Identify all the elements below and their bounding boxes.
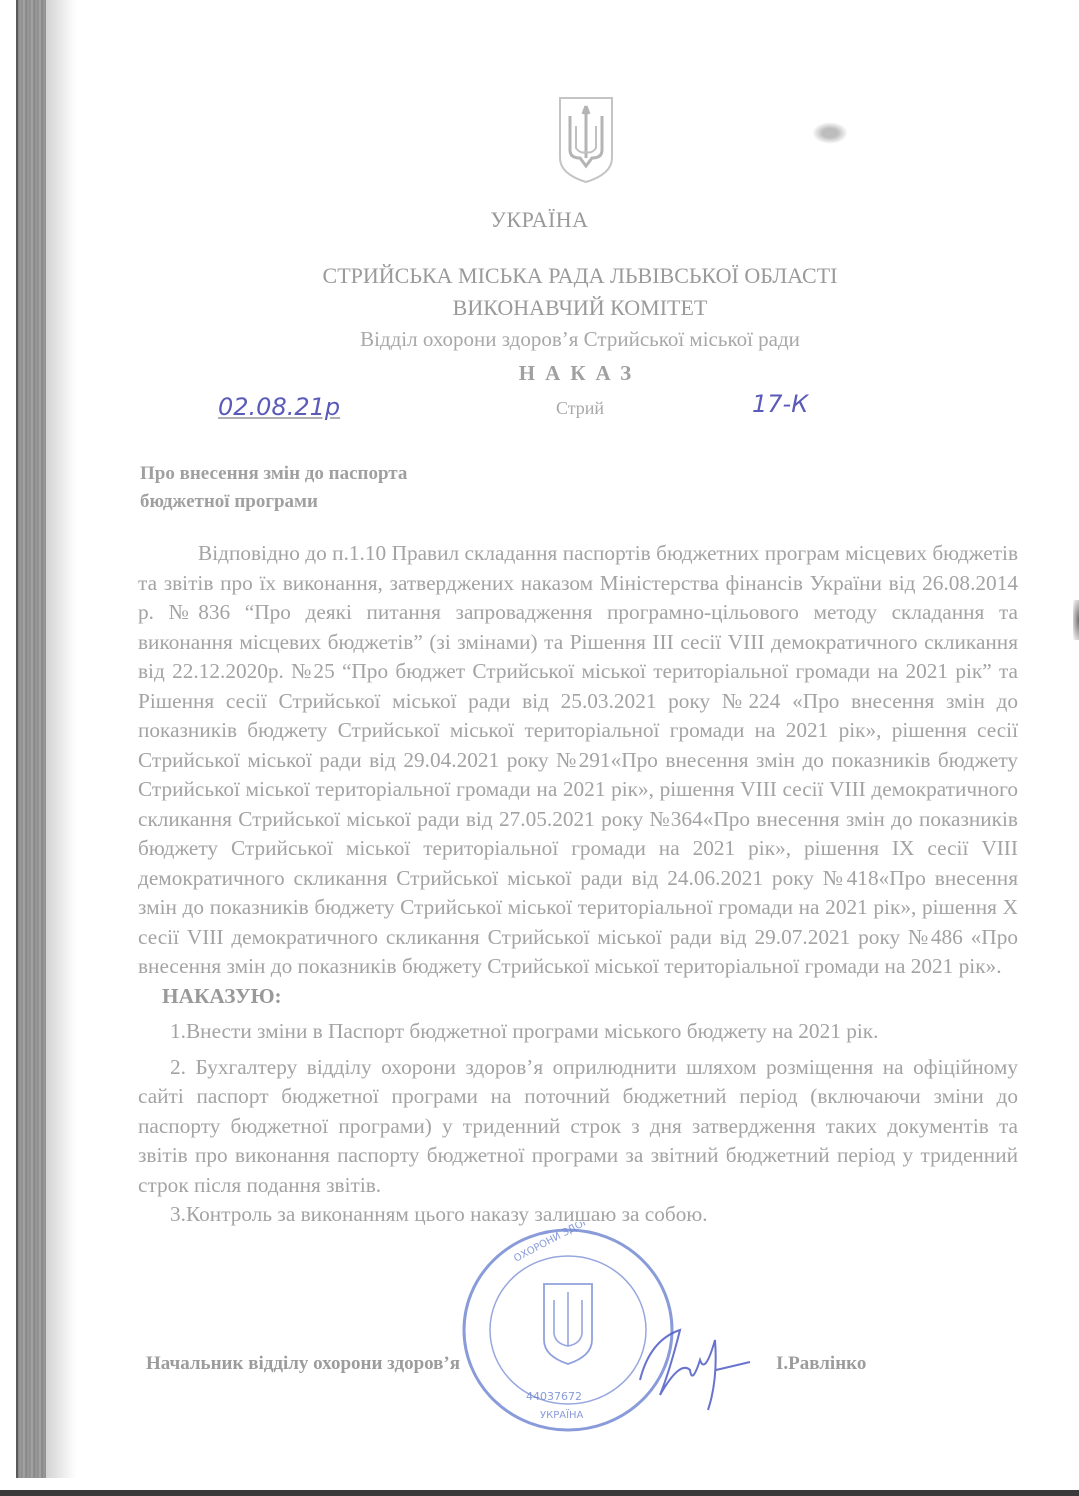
- scan-mark-right-edge: [1073, 600, 1079, 640]
- subject-block: Про внесення змін до паспорта бюджетної …: [140, 460, 407, 516]
- committee-heading: ВИКОНАВЧИЙ КОМІТЕТ: [140, 295, 1020, 321]
- handwritten-date: 02.08.21р: [218, 393, 340, 421]
- handwritten-signature: [630, 1300, 760, 1420]
- scan-smudge: [812, 122, 848, 144]
- subject-line: бюджетної програми: [140, 488, 407, 516]
- document-body: Відповідно до п.1.10 Правил складання па…: [138, 539, 1018, 1230]
- handwritten-order-number: 17-К: [752, 390, 808, 418]
- scan-bottom-edge: [0, 1490, 1079, 1496]
- svg-text:ОХОРОНИ ЗДОРОВ’Я: ОХОРОНИ ЗДОРОВ’Я: [512, 1222, 612, 1265]
- subject-line: Про внесення змін до паспорта: [140, 460, 407, 488]
- signatory-name: І.Равлінко: [776, 1353, 866, 1375]
- council-heading: СТРИЙСЬКА МІСЬКА РАДА ЛЬВІВСЬКОЇ ОБЛАСТІ: [140, 263, 1020, 289]
- order-item: 2. Бухгалтеру відділу охорони здоров’я о…: [138, 1053, 1018, 1201]
- document-type: НАКАЗ: [140, 361, 1020, 386]
- orders-heading: НАКАЗУЮ:: [138, 982, 1018, 1012]
- signatory-title: Начальник відділу охорони здоров’я: [146, 1353, 460, 1375]
- coat-of-arms-icon: [556, 96, 616, 184]
- preamble-paragraph: Відповідно до п.1.10 Правил складання па…: [138, 539, 1018, 982]
- svg-text:44037672: 44037672: [526, 1390, 582, 1403]
- country-heading: УКРАЇНА: [0, 207, 1079, 233]
- svg-text:УКРАЇНА: УКРАЇНА: [540, 1408, 584, 1421]
- department-heading: Відділ охорони здоров’я Стрийської міськ…: [140, 327, 1020, 352]
- order-item: 1.Внести зміни в Паспорт бюджетної прогр…: [138, 1017, 1018, 1047]
